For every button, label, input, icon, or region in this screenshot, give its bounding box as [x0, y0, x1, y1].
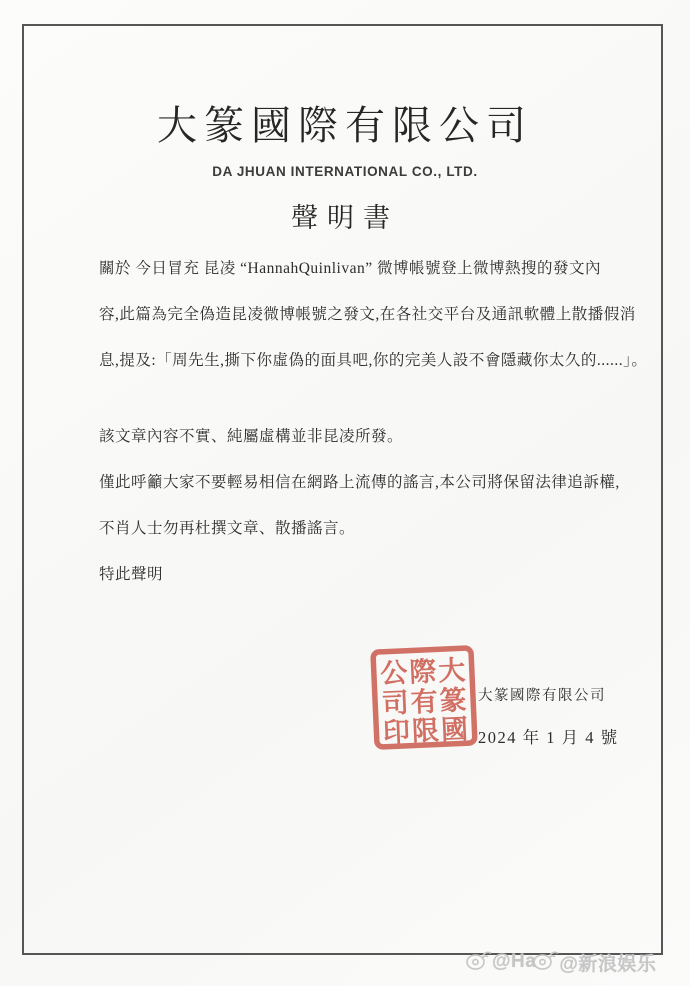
weibo-watermark: @Ha @新浪娱乐: [464, 946, 656, 978]
weibo-eye-icon: [464, 946, 492, 978]
seal-graphic: 大 篆 國 際 有 限 公 司 印: [367, 643, 482, 754]
paragraph-gap: [99, 384, 609, 414]
seal-char: 大: [438, 655, 466, 686]
seal-char: 有: [410, 686, 438, 717]
signature-company-name: 大篆國際有限公司: [478, 684, 606, 705]
watermark-handle-1: @Ha: [492, 951, 536, 973]
seal-char: 公: [380, 658, 408, 689]
statement-line-2: 容,此篇為完全偽造昆凌微博帳號之發文,在各社交平台及通訊軟體上散播假消: [99, 292, 609, 338]
signature-date: 2024 年 1 月 4 號: [478, 724, 619, 748]
seal-char: 際: [409, 656, 437, 687]
statement-closing: 特此聲明: [99, 552, 609, 598]
statement-line-5: 僅此呼籲大家不要輕易相信在網路上流傳的謠言,本公司將保留法律追訴權,: [99, 460, 609, 506]
seal-char: 篆: [439, 684, 467, 716]
statement-line-4: 該文章內容不實、純屬虛構並非昆凌所發。: [99, 414, 609, 460]
seal-char: 限: [411, 715, 439, 746]
seal-characters: 大 篆 國 際 有 限 公 司 印: [380, 655, 469, 748]
statement-line-6: 不肖人士勿再杜撰文章、散播謠言。: [99, 506, 609, 552]
company-name-en: DA JHUAN INTERNATIONAL CO., LTD.: [0, 164, 690, 179]
seal-char: 司: [381, 688, 409, 719]
statement-body: 關於 今日冒充 昆凌 “HannahQuinlivan” 微博帳號登上微博熱搜的…: [99, 246, 609, 598]
seal-char: 國: [440, 714, 468, 745]
seal-char: 印: [382, 717, 410, 748]
watermark-handle-2: @新浪娱乐: [559, 949, 656, 976]
weibo-eye-icon: [531, 946, 559, 978]
document-title: 聲明書: [0, 196, 690, 235]
company-name-cn: 大篆國際有限公司: [0, 94, 690, 151]
statement-line-3: 息,提及:「周先生,撕下你虛偽的面具吧,你的完美人設不會隱藏你太久的......…: [99, 338, 609, 384]
company-seal-stamp: 大 篆 國 際 有 限 公 司 印: [367, 643, 482, 754]
statement-line-1: 關於 今日冒充 昆凌 “HannahQuinlivan” 微博帳號登上微博熱搜的…: [99, 246, 609, 292]
statement-document-photo: 大篆國際有限公司 DA JHUAN INTERNATIONAL CO., LTD…: [0, 0, 690, 986]
